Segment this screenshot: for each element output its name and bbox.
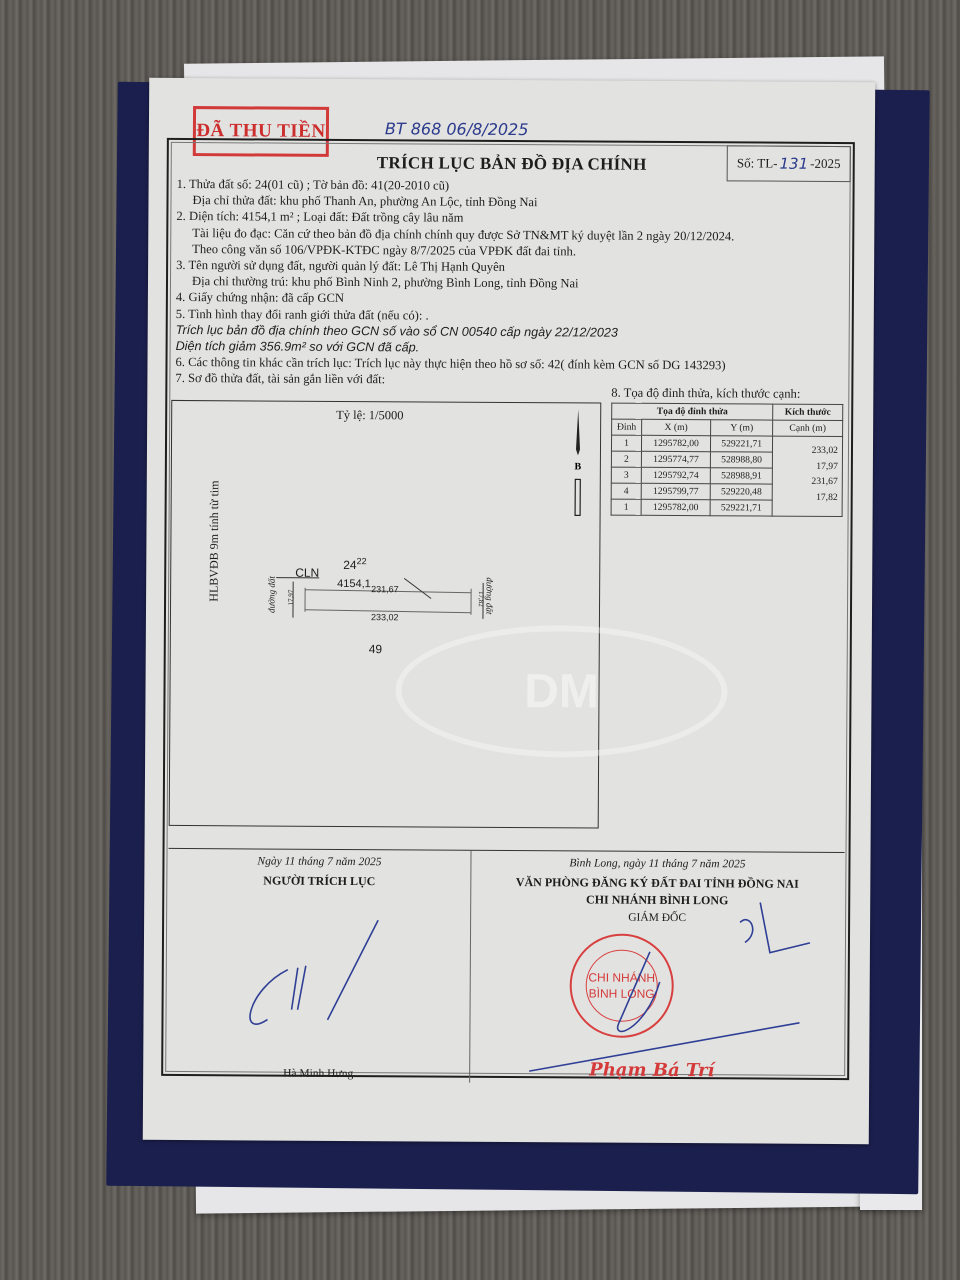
parcel-diagram: Tỷ lệ: 1/5000 B HLBVĐB 9m tính từ tim CL… [169, 400, 602, 829]
cell-vertex: 3 [611, 467, 641, 483]
header-edge: Cạnh (m) [773, 420, 843, 436]
cell-vertex: 4 [611, 483, 641, 499]
extractor-title: NGƯỜI TRÍCH LỤC [168, 873, 470, 890]
signature-block: Ngày 11 tháng 7 năm 2025 NGƯỜI TRÍCH LỤC… [167, 848, 844, 1085]
land-type-code: CLN [295, 566, 319, 580]
number-prefix: Số: TL- [737, 155, 778, 171]
cell-x: 1295782,00 [641, 435, 710, 451]
cell-vertex: 1 [611, 499, 641, 515]
director-name: Phạm Bá Trí [589, 1059, 714, 1081]
cell-x: 1295799,77 [641, 483, 710, 499]
bottom-edge-length: 233,02 [371, 612, 399, 622]
parcel-number: 24 [343, 558, 356, 572]
cell-x: 1295792,74 [641, 467, 710, 483]
edge-length: 17,82 [816, 491, 838, 502]
cell-x: 1295782,00 [641, 499, 710, 515]
number-handwritten: 131 [779, 155, 808, 173]
top-edge-length: 231,67 [371, 584, 399, 594]
cell-vertex: 1 [611, 435, 641, 451]
cell-y: 528988,80 [711, 452, 773, 468]
header-vertex: Đỉnh [612, 419, 642, 435]
edge-length: 231,67 [811, 476, 837, 487]
cell-y: 529221,71 [711, 436, 773, 452]
edge-length: 233,02 [812, 445, 838, 456]
edge-lengths: 233,0217,97231,6717,82 [772, 436, 842, 516]
office-name: VĂN PHÒNG ĐĂNG KÝ ĐẤT ĐAI TỈNH ĐỒNG NAI [470, 875, 844, 892]
parcel-area: 4154,1 [337, 578, 371, 590]
document-info-lines: 1. Thửa đất số: 24(01 cũ) ; Tờ bản đồ: 4… [175, 176, 848, 391]
cell-vertex: 2 [611, 451, 641, 467]
header-x: X (m) [642, 419, 711, 435]
header-size: Kích thước [773, 404, 843, 420]
parcel-superscript: 22 [357, 556, 367, 566]
header-y: Y (m) [711, 420, 773, 436]
coordinates-table: Tọa độ đỉnh thửa Kích thước Đỉnh X (m) Y… [611, 403, 844, 517]
left-road-label: đường đất [266, 576, 276, 613]
extractor-name: Hà Minh Hưng [167, 1067, 469, 1081]
handwritten-reference: BT 868 06/8/2025 [385, 119, 529, 139]
extractor-date: Ngày 11 tháng 7 năm 2025 [168, 855, 470, 869]
cell-x: 1295774,77 [641, 451, 710, 467]
right-road-label: đường đất [484, 577, 494, 614]
coords-heading: 8. Tọa độ đỉnh thửa, kích thước cạnh: [611, 386, 800, 402]
table-row: 11295782,00529221,71233,0217,97231,6717,… [611, 435, 842, 452]
document-number: Số: TL- 131 -2025 [727, 145, 851, 182]
header-vertex-coords: Tọa độ đỉnh thửa [612, 403, 773, 420]
left-edge-length: 17,97 [287, 590, 295, 606]
cell-y: 528988,91 [710, 468, 772, 484]
cadastral-extract-page: ĐÃ THU TIỀN BT 868 06/8/2025 TRÍCH LỤC B… [143, 78, 875, 1144]
edge-length: 17,97 [816, 460, 838, 471]
parcel-id: 2422 [343, 556, 366, 572]
neighbor-parcel-number: 49 [369, 642, 382, 656]
director-signature: Bình Long, ngày 11 tháng 7 năm 2025 VĂN … [469, 851, 844, 1085]
number-suffix: -2025 [810, 156, 840, 172]
right-edge-length: 17,82 [477, 591, 485, 607]
cell-y: 529220,48 [710, 484, 772, 500]
director-date: Bình Long, ngày 11 tháng 7 năm 2025 [470, 857, 844, 871]
cell-y: 529221,71 [710, 500, 772, 516]
extractor-signature: Ngày 11 tháng 7 năm 2025 NGƯỜI TRÍCH LỤC… [167, 849, 471, 1083]
extractor-signature-icon [227, 909, 428, 1030]
